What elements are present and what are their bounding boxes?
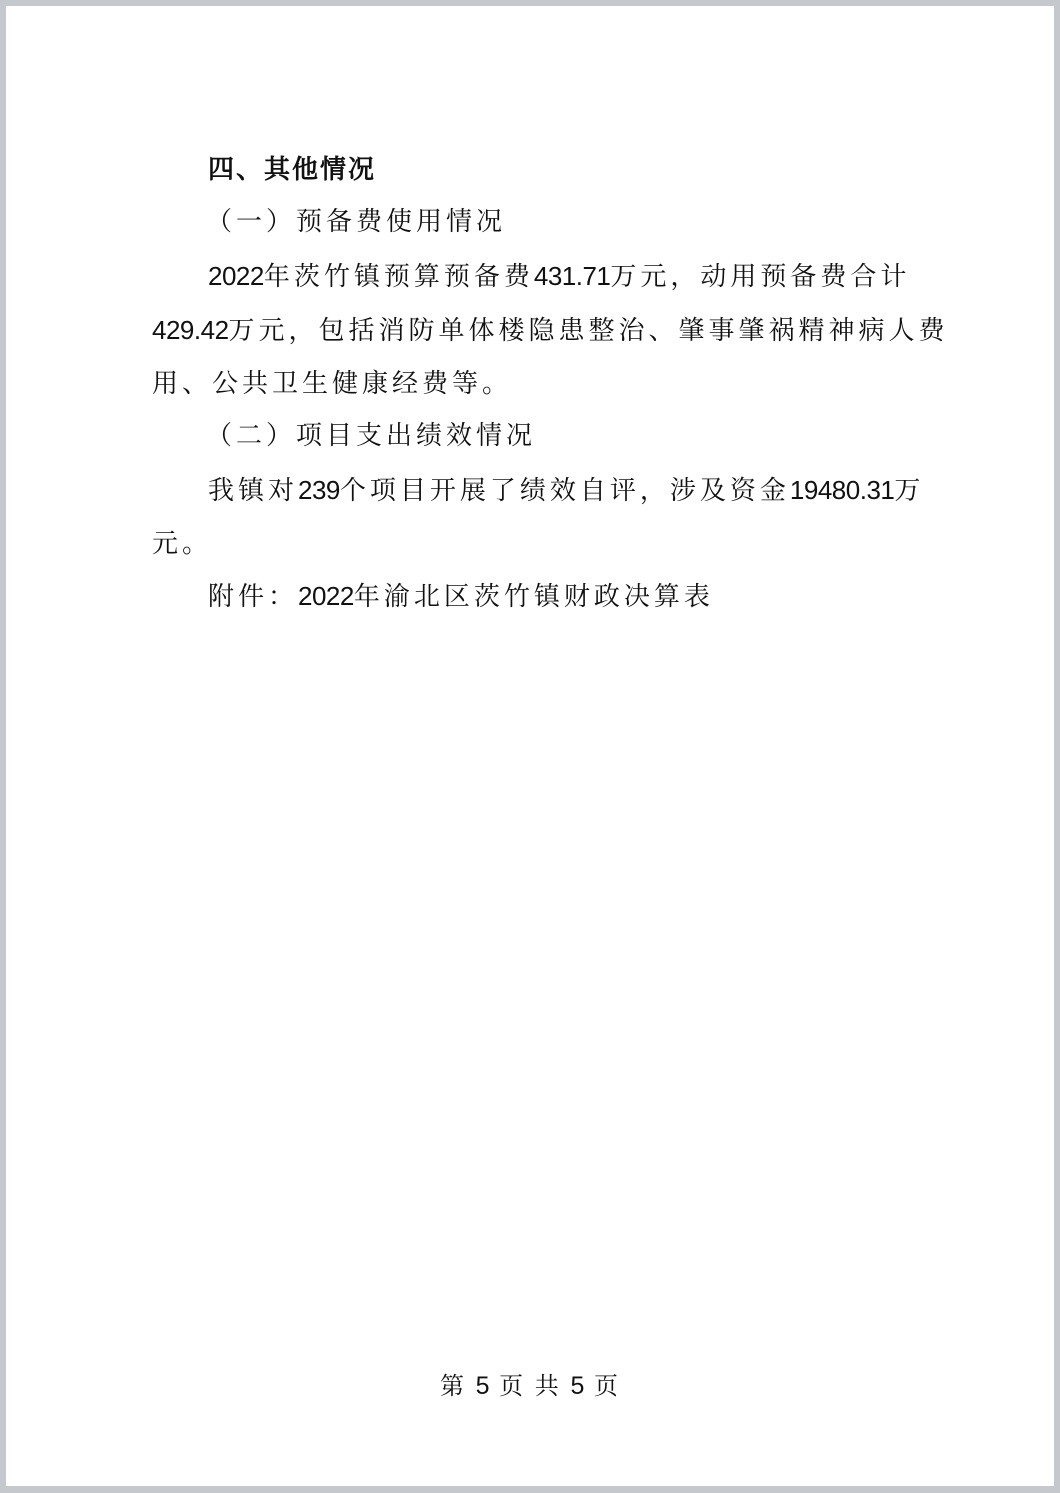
text-segment: 万元，包括消防单体楼隐患整治、肇事肇祸精神病人费 [229,316,949,346]
document-page: 四、其他情况 （一）预备费使用情况 2022年茨竹镇预算预备费431.71万元，… [6,6,1054,1486]
used-reserve-amount: 429.42 [152,315,229,345]
paragraph-2-line-2: 元。 [152,528,212,560]
paragraph-1-line-2: 429.42万元，包括消防单体楼隐患整治、肇事肇祸精神病人费 [152,314,949,347]
subsection-1-title: （一）预备费使用情况 [206,206,506,238]
project-count: 239 [298,475,340,505]
text-segment: 年茨竹镇预算预备费 [264,262,534,292]
total-pages-number: 5 [570,1372,584,1400]
budget-reserve-amount: 431.71 [534,261,611,291]
attachment-line: 附件：2022年渝北区茨竹镇财政决算表 [208,580,714,613]
text-segment: 万 [894,476,924,506]
attachment-label: 附件： [208,582,298,612]
paragraph-2-line-1: 我镇对239个项目开展了绩效自评，涉及资金19480.31万 [208,474,924,507]
attachment-title: 年渝北区茨竹镇财政决算表 [354,582,714,612]
footer-suffix: 页 [594,1372,620,1400]
text-segment: 万元，动用预备费合计 [610,262,910,292]
footer-prefix: 第 [440,1372,466,1400]
paragraph-1-line-3: 用、公共卫生健康经费等。 [152,368,512,400]
section-heading: 四、其他情况 [208,154,376,186]
current-page-number: 5 [476,1372,490,1400]
text-segment: 个项目开展了绩效自评，涉及资金 [340,476,790,506]
subsection-2-title: （二）项目支出绩效情况 [206,420,536,452]
paragraph-1-line-1: 2022年茨竹镇预算预备费431.71万元，动用预备费合计 [208,260,910,293]
text-segment: 我镇对 [208,476,298,506]
year-value: 2022 [208,261,264,291]
attachment-year: 2022 [298,581,354,611]
page-number-footer: 第 5 页 共 5 页 [6,1366,1054,1401]
footer-mid: 页 共 [499,1372,561,1400]
funds-amount: 19480.31 [790,475,894,505]
